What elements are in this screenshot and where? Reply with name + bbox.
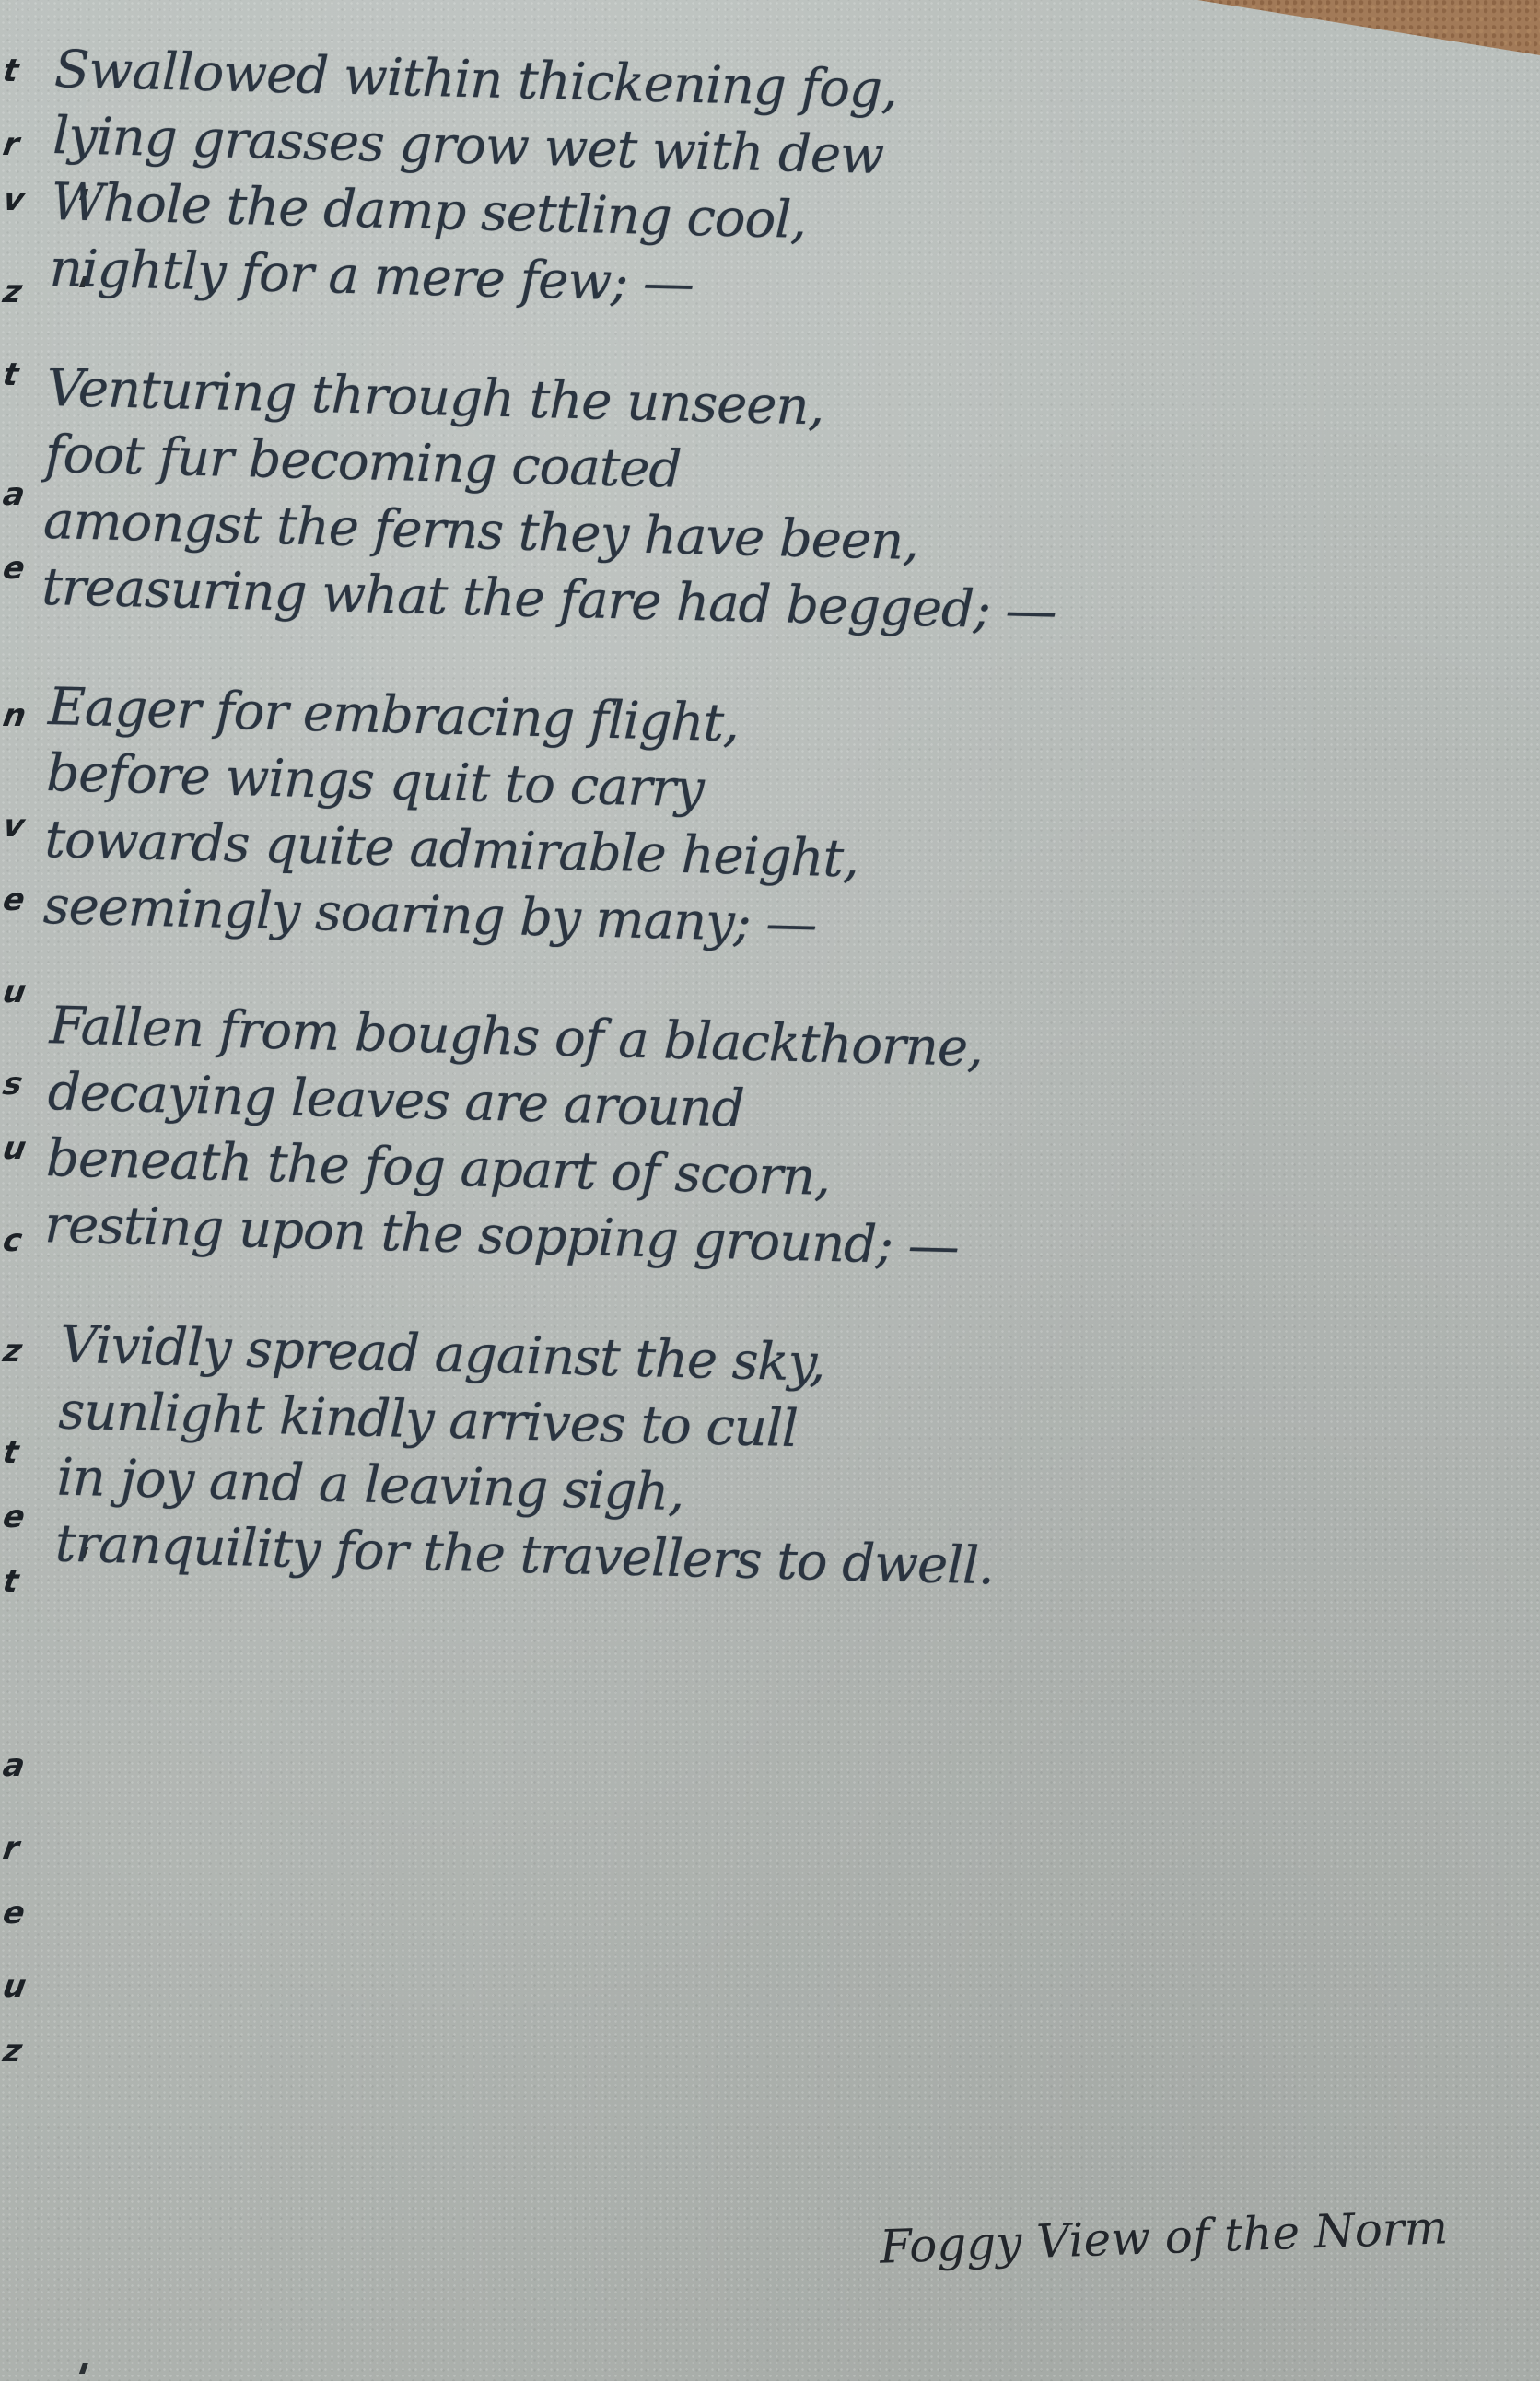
poem-body: Swallowed within thickening fog, lying g… (17, 37, 1022, 1653)
stanza-1: Swallowed within thickening fog, lying g… (49, 37, 1022, 326)
gutter-mark: z (0, 276, 46, 308)
stanza-2: Venturing through the unseen, foot fur b… (41, 356, 1015, 645)
gutter-mark: e (0, 1897, 46, 1929)
gutter-mark: a (0, 1750, 46, 1781)
stanza-5: Vividly spread against the sky, sunlight… (17, 1312, 991, 1601)
ink-speck (79, 2363, 88, 2374)
gutter-mark: a (0, 479, 46, 510)
stanza-4: Fallen from boughs of a blackthorne, dec… (26, 993, 999, 1282)
gutter-mark: z (0, 2036, 46, 2067)
paper-page: t r v z t a e n v e u s u c z t e t a r … (0, 0, 1540, 2381)
stanza-3: Eager for embracing flight, before wings… (33, 674, 1007, 963)
gutter-mark: u (0, 1971, 46, 2002)
gutter-mark: t (0, 55, 46, 87)
gutter-mark: v (0, 184, 46, 216)
gutter-mark: r (0, 1833, 46, 1864)
gutter-mark: e (0, 553, 46, 584)
gutter-mark: r (0, 129, 46, 160)
gutter-mark: t (0, 359, 46, 391)
signature-title: Foggy View of the Norm (879, 2200, 1449, 2274)
